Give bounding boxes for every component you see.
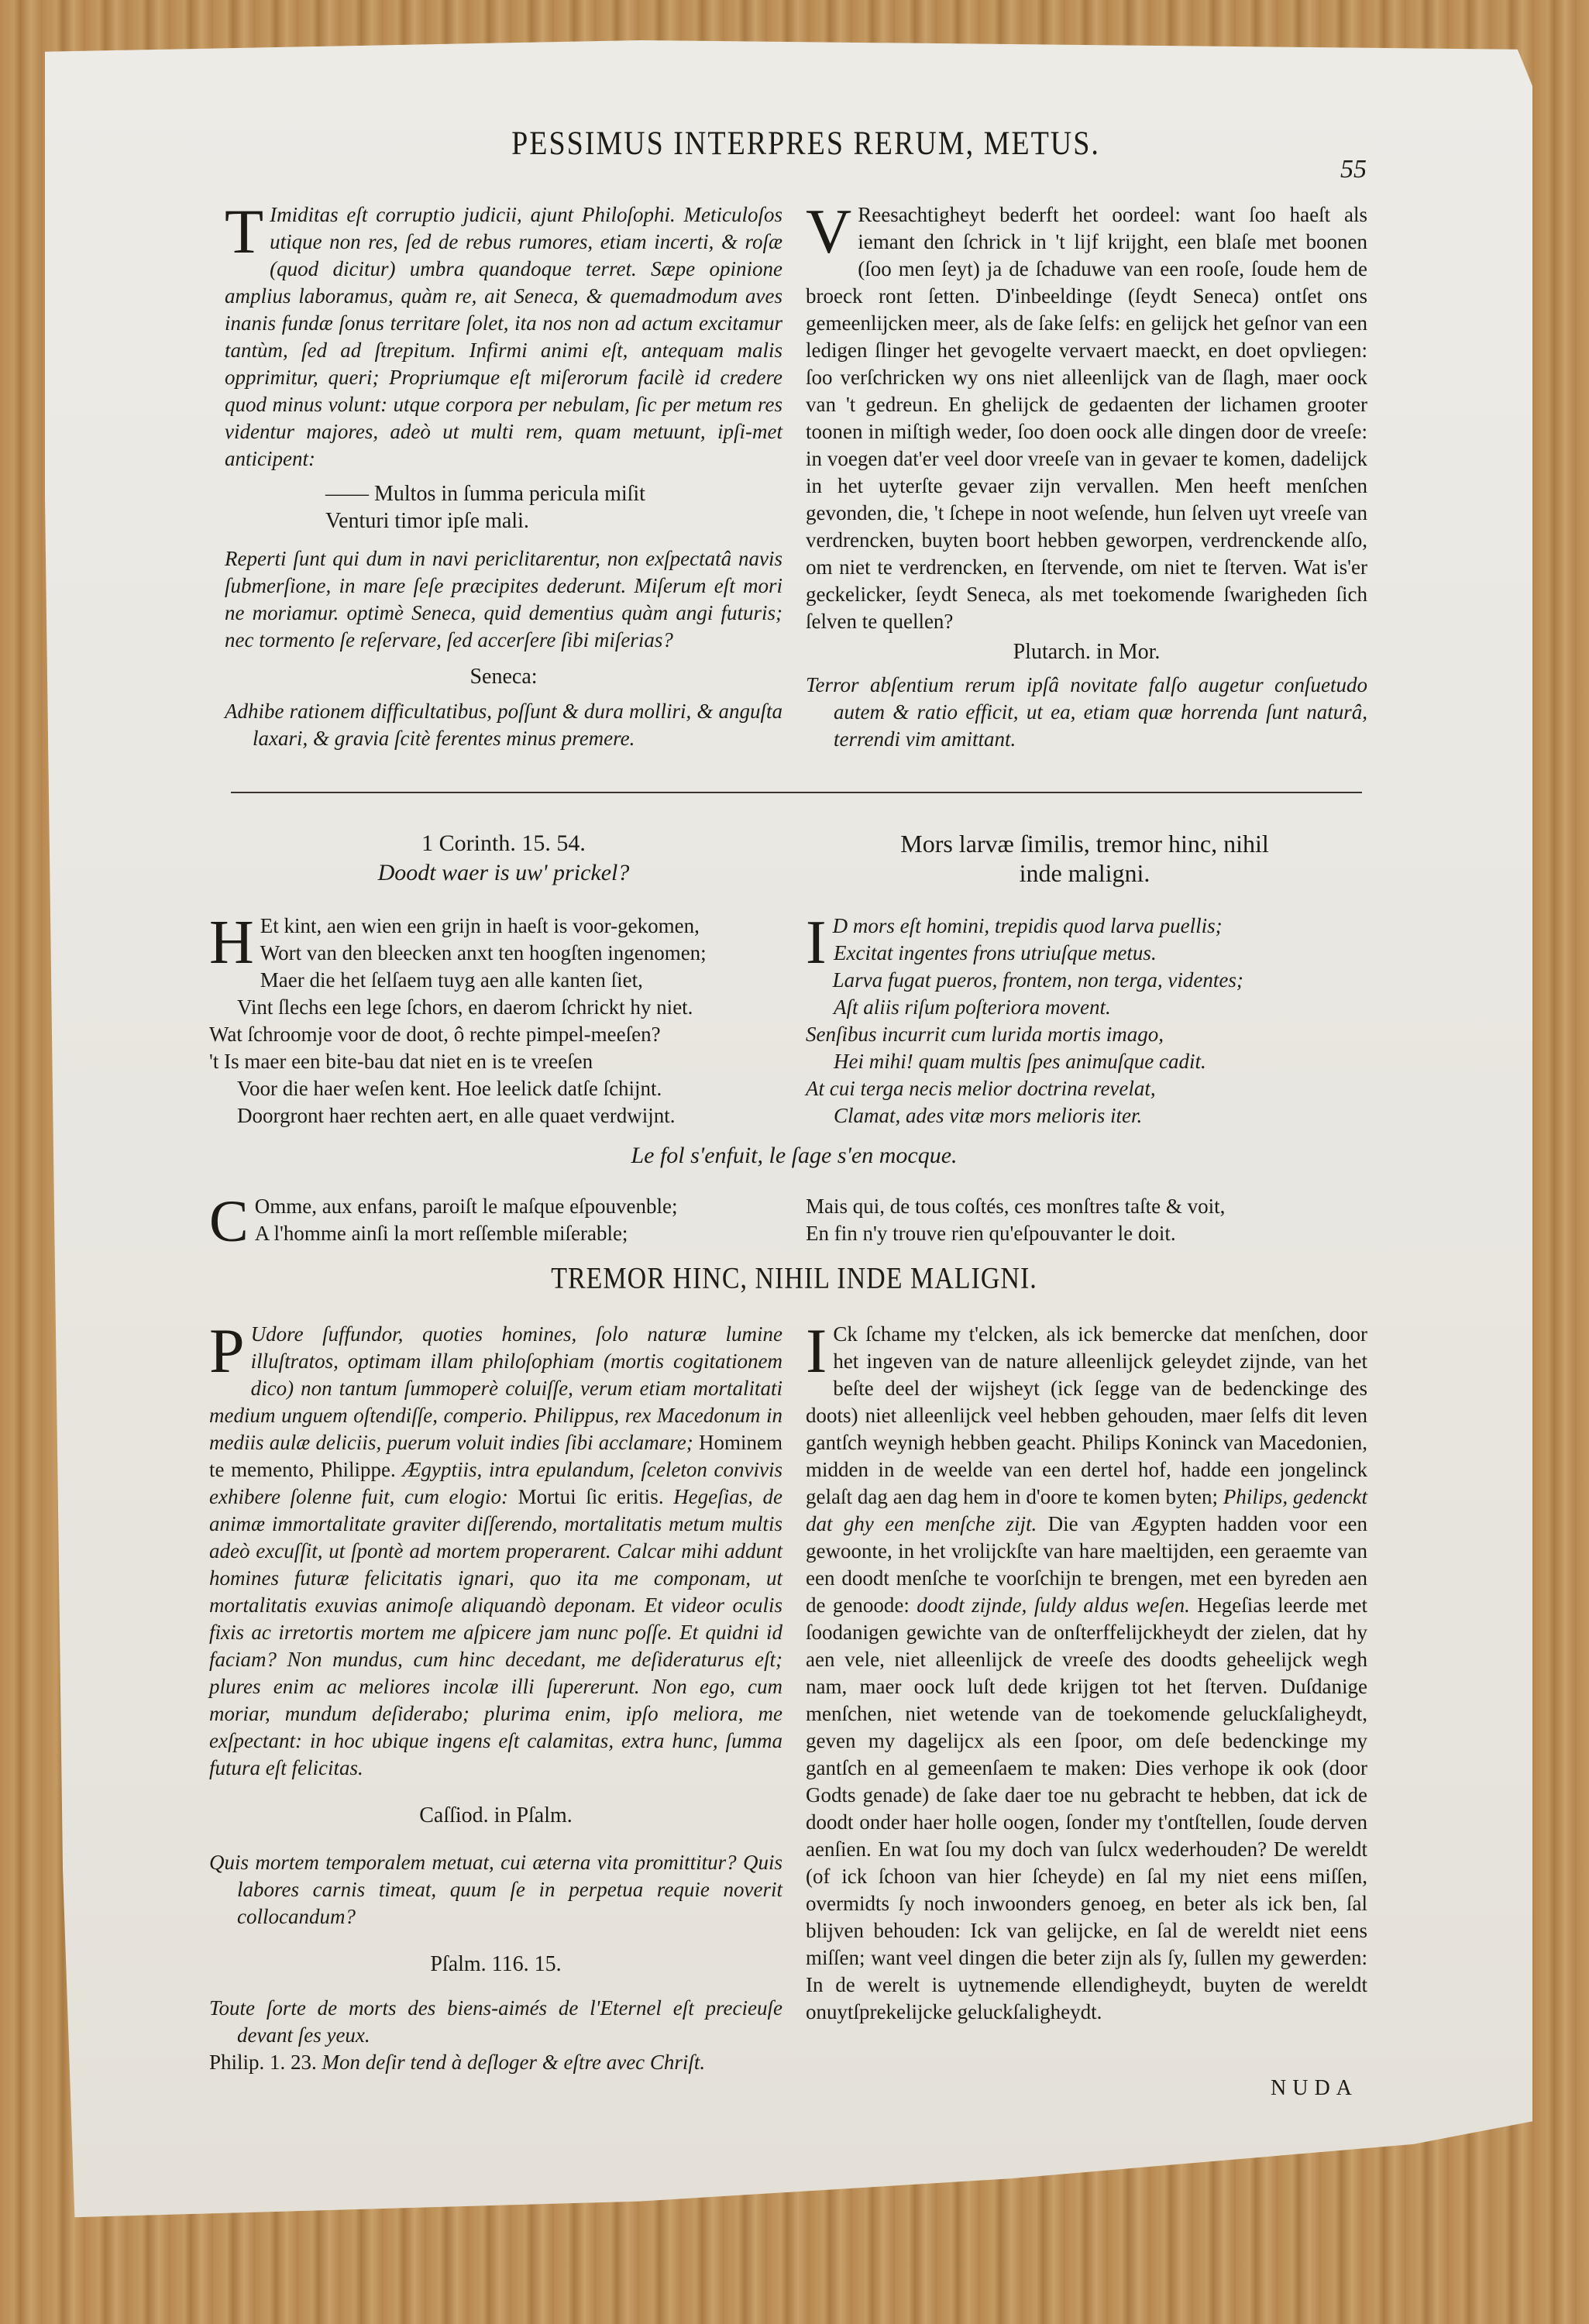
dropcap: H — [209, 917, 254, 968]
attribution-psalm: Pſalm. 116. 15. — [209, 1951, 782, 1978]
dropcap: T — [225, 206, 263, 257]
catchword: NUDA — [1271, 2076, 1358, 2101]
dropcap: V — [806, 206, 851, 257]
top-latin-column: T Imiditas eſt corruptio judicii, ajunt … — [225, 201, 782, 752]
bottom-latin-paragraph-1: P Udore ſuffundor, quoties homines, ſolo… — [209, 1321, 782, 1782]
top-dutch-paragraph-1: V Reesachtigheyt bederft het oordeel: wa… — [806, 201, 1367, 635]
poem-subtitle: Doodt waer is uw' prickel? — [209, 858, 798, 888]
page-number: 55 — [1340, 155, 1367, 184]
dropcap: I — [806, 917, 827, 968]
running-head: PESSIMUS INTERPRES RERUM, METUS. — [380, 124, 1232, 163]
french-motto: Le fol s'enfuit, le ſage s'en mocque. — [387, 1143, 1201, 1169]
bottom-latin-paragraph-3: Toute ſorte de morts des biens-aimés de … — [209, 1995, 782, 2049]
attribution-seneca: Seneca: — [225, 663, 782, 690]
poem-lines: I D mors eſt homini, trepidis quod larva… — [806, 913, 1364, 1129]
poem-title: Mors larvæ ſimilis, tremor hinc, nihil i… — [806, 829, 1364, 888]
dropcap: P — [209, 1325, 245, 1377]
section-divider — [231, 792, 1362, 793]
poem-lines: H Et kint, aen wien een grijn in haeſt i… — [209, 913, 798, 1129]
dropcap: C — [209, 1198, 249, 1246]
dutch-poem: 1 Corinth. 15. 54. Doodt waer is uw' pri… — [209, 829, 798, 1129]
french-verse-left: C Omme, aux enfans, paroiſt le maſque eſ… — [209, 1193, 798, 1247]
section-heading: TREMOR HINC, NIHIL INDE MALIGNI. — [271, 1262, 1317, 1296]
bottom-dutch-column: I Ck ſchame my t'elcken, als ick bemerck… — [806, 1321, 1367, 2026]
attribution-cassiodorus: Caſſiod. in Pſalm. — [209, 1802, 782, 1829]
bottom-latin-column: P Udore ſuffundor, quoties homines, ſolo… — [209, 1321, 782, 2076]
top-dutch-paragraph-2: Terror abſentium rerum ipſâ novitate fal… — [806, 672, 1367, 753]
french-verse-right: Mais qui, de tous coſtés, ces monſtres t… — [806, 1193, 1364, 1247]
dropcap: I — [806, 1325, 827, 1377]
verse-quote: —— Multos in ſumma pericula miſit Ventur… — [225, 480, 782, 535]
bottom-latin-paragraph-2: Quis mortem temporalem metuat, cui ætern… — [209, 1849, 782, 1930]
bible-reference: 1 Corinth. 15. 54. — [209, 829, 798, 858]
latin-poem: Mors larvæ ſimilis, tremor hinc, nihil i… — [806, 829, 1364, 1129]
top-dutch-column: V Reesachtigheyt bederft het oordeel: wa… — [806, 201, 1367, 753]
top-latin-paragraph-1: T Imiditas eſt corruptio judicii, ajunt … — [225, 201, 782, 473]
philippians-quote: Philip. 1. 23. Mon deſir tend à deſloger… — [209, 2049, 782, 2076]
top-latin-paragraph-3: Adhibe rationem difficultatibus, poſſunt… — [225, 698, 782, 752]
top-latin-paragraph-2: Reperti ſunt qui dum in navi periclitare… — [225, 545, 782, 654]
attribution-plutarch: Plutarch. in Mor. — [806, 638, 1367, 665]
